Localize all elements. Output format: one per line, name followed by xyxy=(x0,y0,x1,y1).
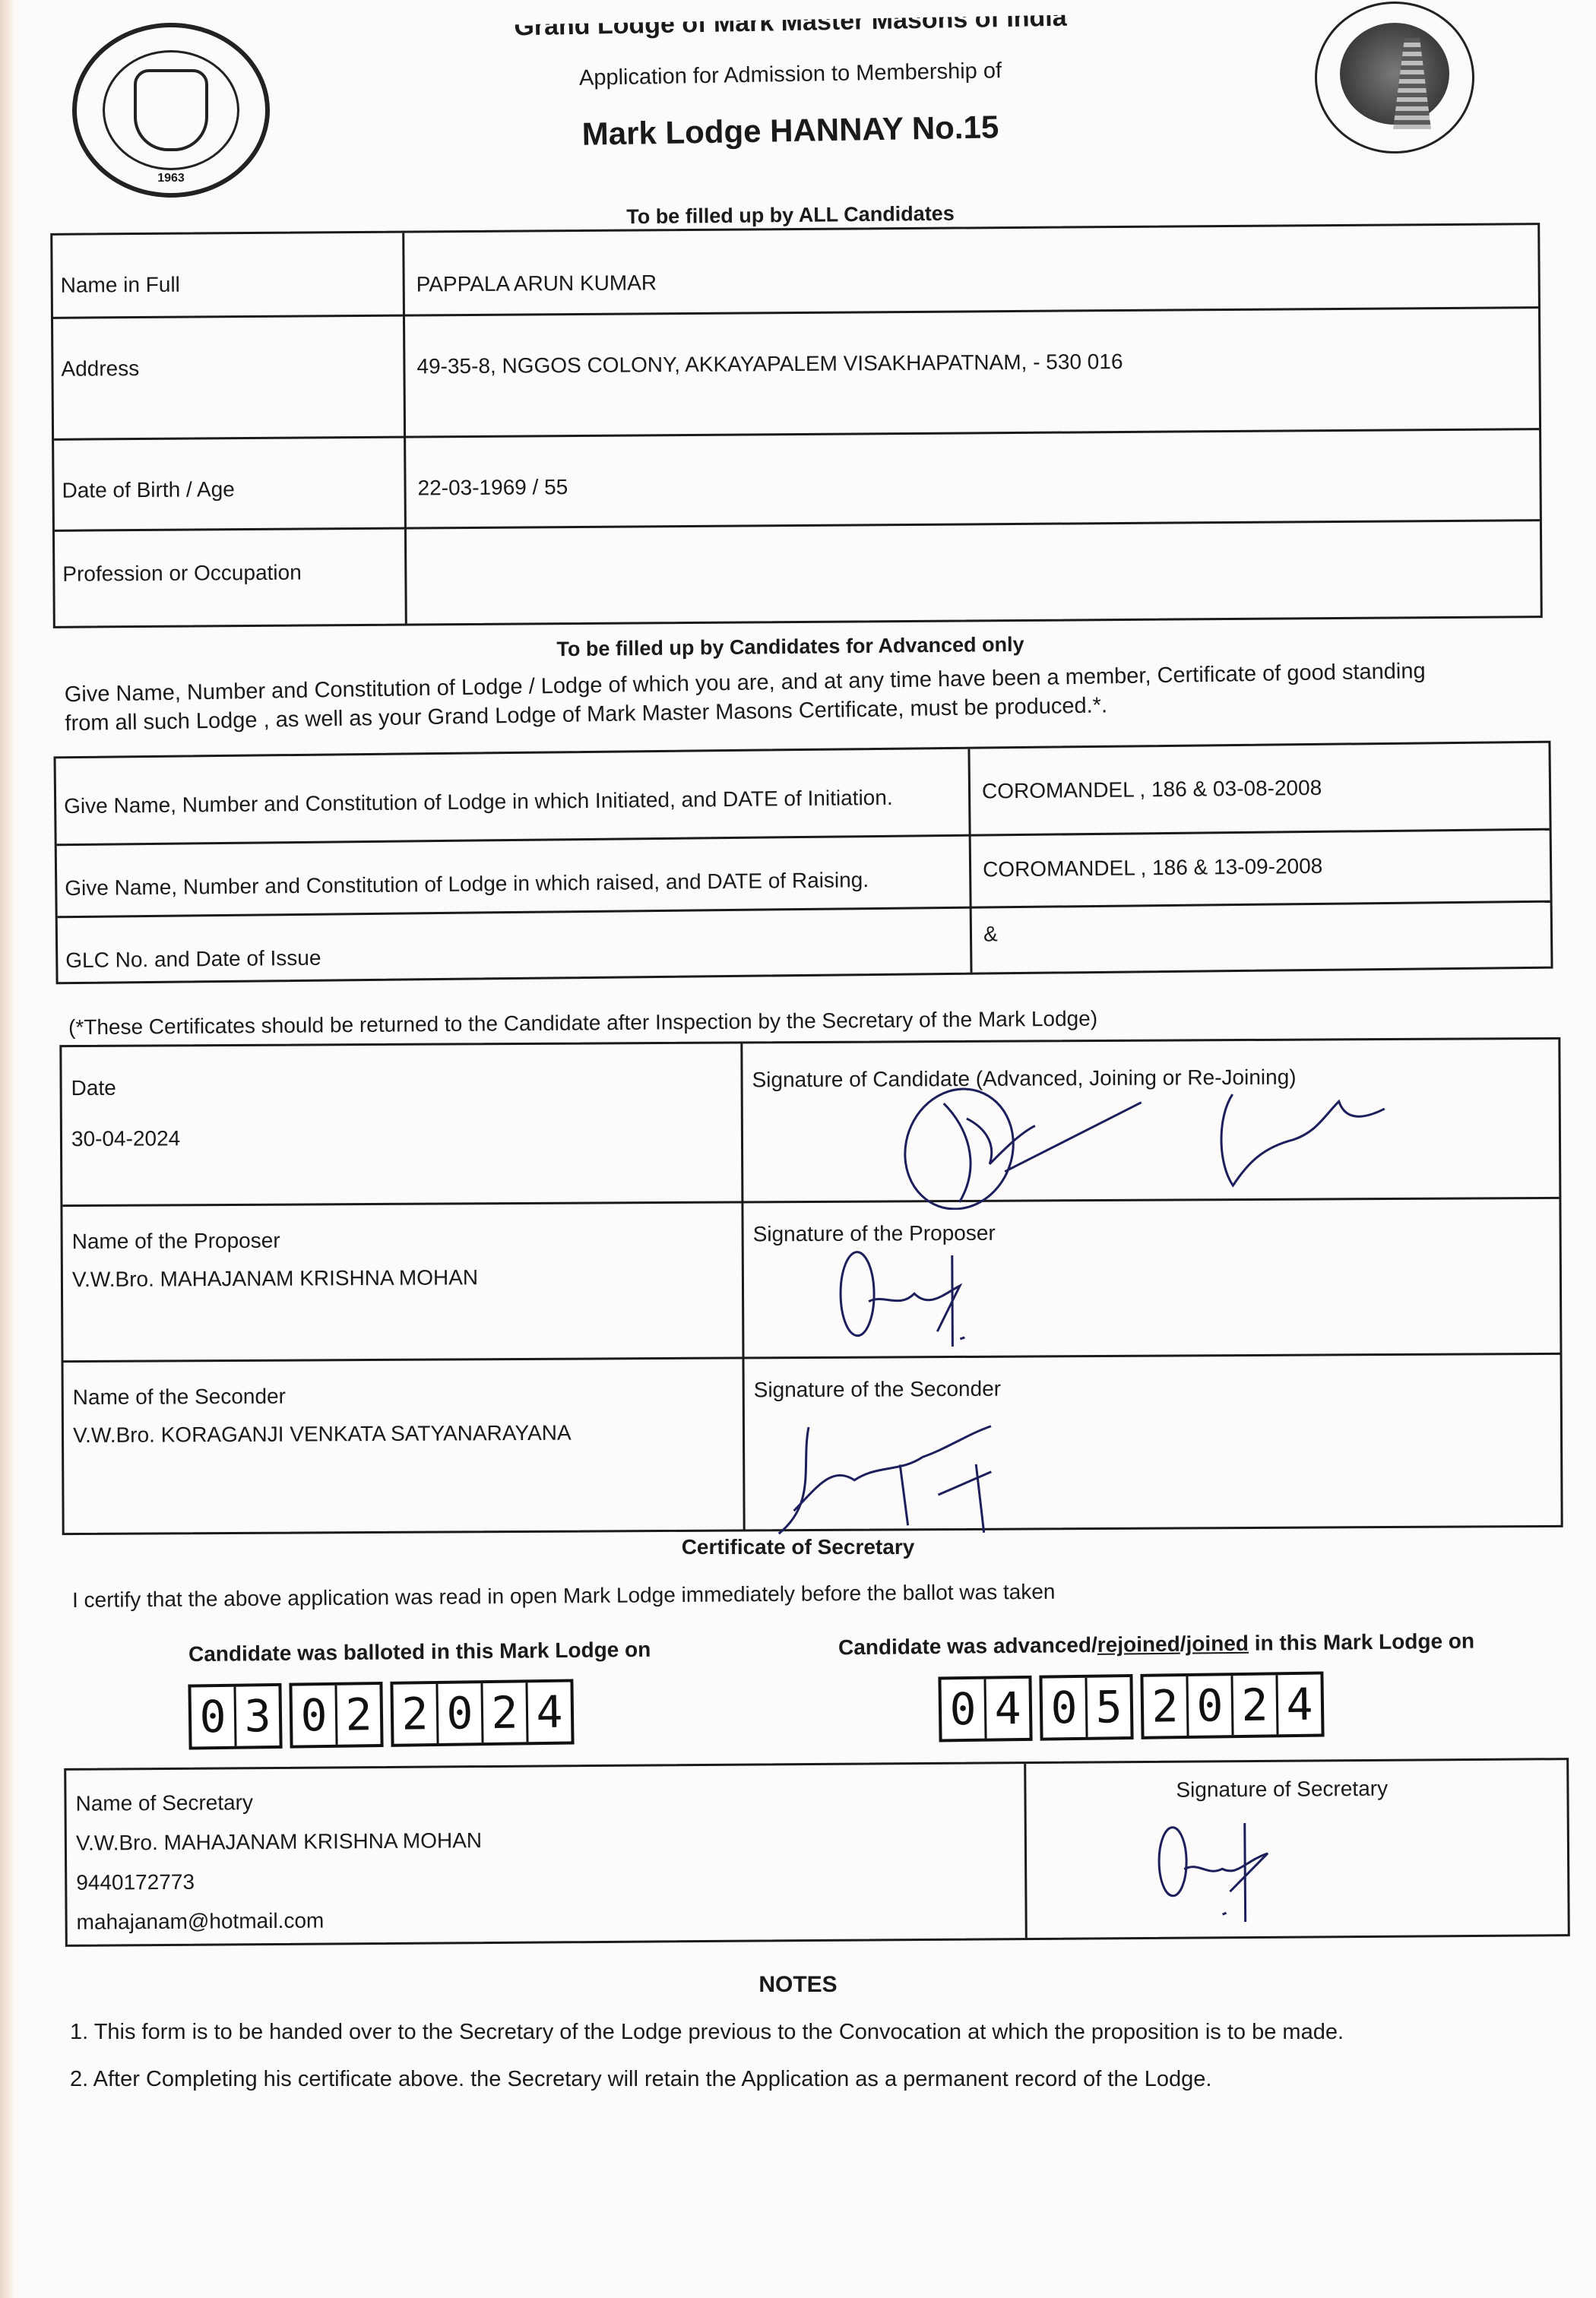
seconder-name-value[interactable]: V.W.Bro. KORAGANJI VENKATA SATYANARAYANA xyxy=(73,1421,572,1448)
advanced-instructions: Give Name, Number and Constitution of Lo… xyxy=(64,654,1569,739)
candidate-details-table: Name in Full PAPPALA ARUN KUMAR Address … xyxy=(50,223,1543,628)
note-2: 2. After Completing his certificate abov… xyxy=(70,2065,1575,2094)
section-advanced-heading: To be filled up by Candidates for Advanc… xyxy=(486,632,1094,662)
field-initiation: Give Name, Number and Constitution of Lo… xyxy=(56,743,1550,847)
application-subtitle: Application for Admission to Membership … xyxy=(448,56,1132,93)
date-digit: 3 xyxy=(236,1686,279,1746)
lodge-history-table: Give Name, Number and Constitution of Lo… xyxy=(53,741,1553,985)
date-digit: 4 xyxy=(1278,1675,1321,1735)
field-profession: Profession or Occupation xyxy=(55,521,1541,626)
certificates-footnote: (*These Certificates should be returned … xyxy=(68,1001,1512,1043)
secretary-signature-icon xyxy=(1131,1815,1329,1930)
secretary-name-value[interactable]: V.W.Bro. MAHAJANAM KRISHNA MOHAN xyxy=(76,1828,482,1856)
signatures-table: Date 30-04-2024 Signature of Candidate (… xyxy=(59,1037,1563,1535)
grand-lodge-seal-icon: 1963 xyxy=(72,23,270,198)
field-address: Address 49-35-8, NGGOS COLONY, AKKAYAPAL… xyxy=(53,309,1539,441)
date-digit: 5 xyxy=(1087,1677,1130,1737)
advanced-month: 05 xyxy=(1039,1674,1133,1741)
address-value[interactable]: 49-35-8, NGGOS COLONY, AKKAYAPALEM VISAK… xyxy=(416,350,1123,378)
candidate-signature-icon xyxy=(867,1056,1415,1211)
date-digit: 4 xyxy=(527,1682,571,1742)
date-digit: 2 xyxy=(337,1685,380,1745)
name-in-full-value[interactable]: PAPPALA ARUN KUMAR xyxy=(416,271,657,296)
row-proposer: Name of the Proposer V.W.Bro. MAHAJANAM … xyxy=(62,1199,1560,1363)
secretary-table: Name of Secretary V.W.Bro. MAHAJANAM KRI… xyxy=(64,1758,1570,1947)
date-digit: 0 xyxy=(1188,1676,1233,1736)
date-digit: 0 xyxy=(191,1687,236,1747)
secretary-email-value[interactable]: mahajanam@hotmail.com xyxy=(77,1909,325,1935)
regional-lodge-seal-icon xyxy=(1315,2,1474,154)
advanced-label: Candidate was advanced/rejoined/joined i… xyxy=(838,1627,1474,1663)
application-date-value[interactable]: 30-04-2024 xyxy=(71,1126,180,1151)
secretary-phone-value[interactable]: 9440172773 xyxy=(76,1870,195,1895)
notes-heading: NOTES xyxy=(684,1972,912,1998)
balloted-year: 2024 xyxy=(390,1679,574,1746)
advanced-day: 04 xyxy=(938,1676,1032,1742)
organization-title: Grand Lodge of Mark Master Masons of Ind… xyxy=(448,2,1133,43)
date-digit: 2 xyxy=(1143,1676,1189,1736)
advanced-date-boxes[interactable]: 04 05 2024 xyxy=(938,1671,1324,1742)
date-digit: 0 xyxy=(941,1679,986,1739)
note-1: 1. This form is to be handed over to the… xyxy=(70,2018,1575,2046)
proposer-signature-icon xyxy=(823,1239,1067,1355)
date-digit: 2 xyxy=(1233,1675,1278,1735)
initiation-value[interactable]: COROMANDEL , 186 & 03-08-2008 xyxy=(982,776,1322,804)
certificate-heading: Certificate of Secretary xyxy=(532,1535,1064,1559)
balloted-month: 02 xyxy=(289,1682,383,1749)
seconder-signature-icon xyxy=(748,1418,1144,1542)
dob-age-value[interactable]: 22-03-1969 / 55 xyxy=(417,475,568,500)
date-digit: 4 xyxy=(986,1679,1029,1739)
field-name-in-full: Name in Full PAPPALA ARUN KUMAR xyxy=(52,225,1538,319)
proposer-name-value[interactable]: V.W.Bro. MAHAJANAM KRISHNA MOHAN xyxy=(72,1265,478,1292)
date-digit: 0 xyxy=(292,1686,337,1746)
balloted-label: Candidate was balloted in this Mark Lodg… xyxy=(188,1635,651,1669)
row-date-candidate-signature: Date 30-04-2024 Signature of Candidate (… xyxy=(62,1040,1559,1207)
raising-value[interactable]: COROMANDEL , 186 & 13-09-2008 xyxy=(983,854,1322,882)
certificate-statement: I certify that the above application was… xyxy=(72,1575,1288,1615)
lodge-title: Mark Lodge HANNAY No.15 xyxy=(448,106,1133,155)
page-edge xyxy=(0,0,14,2298)
glc-value[interactable]: & xyxy=(983,922,998,946)
date-digit: 0 xyxy=(1042,1678,1088,1738)
balloted-date-boxes[interactable]: 03 02 2024 xyxy=(188,1679,574,1749)
advanced-year: 2024 xyxy=(1140,1671,1324,1739)
row-seconder: Name of the Seconder V.W.Bro. KORAGANJI … xyxy=(64,1355,1561,1537)
date-digit: 2 xyxy=(483,1682,528,1742)
balloted-day: 03 xyxy=(188,1683,282,1750)
field-date-of-birth: Date of Birth / Age 22-03-1969 / 55 xyxy=(54,430,1540,532)
date-digit: 0 xyxy=(438,1683,483,1743)
date-digit: 2 xyxy=(393,1684,439,1744)
